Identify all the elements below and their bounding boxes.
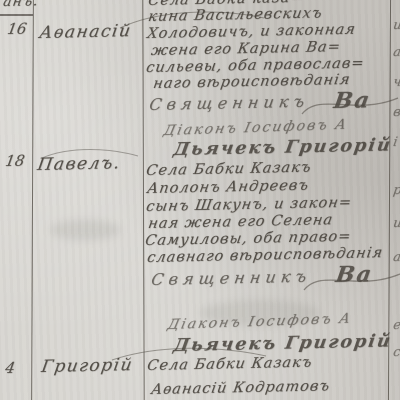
deacon-signature: Діаконъ Іосифовъ А [166,311,354,333]
record-body-line: наго вѣроисповѣданія [152,72,352,92]
edge-text-fragment: и [392,216,400,231]
record-number: 4 [4,359,16,377]
edge-text-fragment: ад [392,250,400,265]
previous-entry-fragment: анъ. [2,0,40,10]
row-separator-line [0,14,33,16]
edge-text-fragment: въ [392,105,400,120]
edge-text-fragment: съ [392,345,400,360]
priest-signature: Священникъ [150,267,313,289]
edge-text-fragment: е [392,318,400,333]
column-rule-number [31,0,34,400]
record-body-line: Села Бабки Казакъ [145,160,313,179]
priest-signature-name: Ва [334,261,375,288]
edge-text-fragment: и [392,18,400,33]
record-body-line: Аѳанасій Кодратовъ [150,378,331,398]
priest-signature-name: Ва [332,87,373,114]
edge-text-fragment: р [392,183,400,198]
record-number: 16 [6,20,28,38]
record-body-line: Аполонъ Андреевъ [146,178,310,197]
record-name: Аѳанасій [38,21,133,43]
register-scan-page: анъ. 16 Аѳанасій Села Бабки каза= кина В… [0,0,400,400]
edge-text-fragment: ча [392,75,400,90]
record-name: Павелъ. [36,153,122,175]
deacon-signature: Діаконъ Іосифовъ А [162,117,350,139]
record-body-line: Села Бабки Казакъ [146,355,314,374]
column-rule-name [142,0,145,400]
edge-text-fragment: і [392,135,400,150]
edge-text-fragment: ай [392,45,400,60]
priest-signature: Священникъ [148,92,311,114]
sexton-signature: Дьячекъ Григорій [172,331,393,356]
record-name: Григорій [40,355,135,377]
bleed-through-smudge [50,220,120,240]
sexton-signature: Дьячекъ Григорій [172,135,393,160]
record-number: 18 [4,152,26,170]
